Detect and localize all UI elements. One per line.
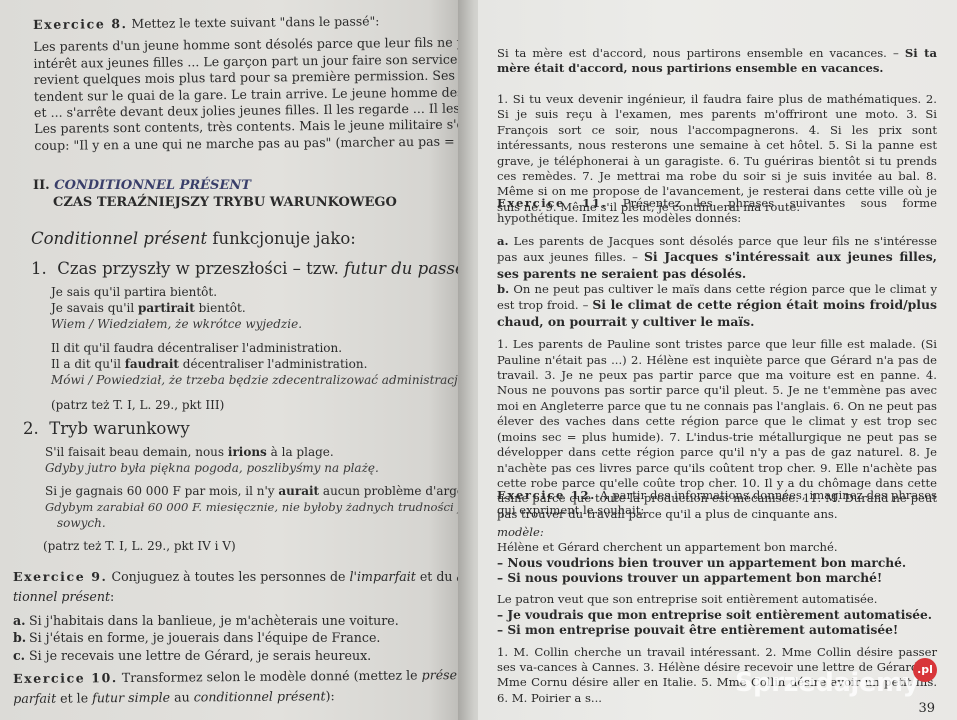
translation-line: Mówi / Powiedział, że trzeba będzie zdec…	[51, 372, 466, 388]
watermark-text: Sprzedajemy	[735, 668, 919, 698]
reference-note: (patrz też T. I, L. 29., pkt IV i V)	[43, 538, 466, 554]
instruction-italic: conditionnel présent	[194, 689, 326, 705]
model-text: Le patron veut que son entreprise soit e…	[497, 592, 937, 607]
example-text: Il a dit qu'il	[51, 357, 125, 371]
instruction-italic: tionnel présent	[13, 589, 110, 604]
point-2-number: 2.	[23, 419, 39, 438]
item-text: Si j'habitais dans la banlieue, je m'ach…	[29, 612, 399, 629]
example-text: Je savais qu'il	[51, 301, 138, 315]
exercise-8: Exercice 8. Mettez le texte suivant "dan…	[33, 11, 464, 154]
item-label: b.	[13, 629, 29, 646]
instruction-text: Transformez selon le modèle donné (mette…	[122, 667, 422, 685]
example-line: Je sais qu'il partira bientôt.	[51, 284, 466, 300]
exercise-9-item-b: b.Si j'étais en forme, je jouerais dans …	[13, 629, 463, 646]
instruction-text: et le	[56, 691, 92, 706]
exercise-8-line: coup: "Il y en a une qui ne marche pas a…	[34, 133, 464, 154]
example-text: Si je gagnais 60 000 F par mois, il n'y	[45, 484, 278, 498]
intro-line: Conditionnel présent funkcjonuje jako:	[31, 228, 356, 250]
exercise-9-title: Exercice 9.	[13, 569, 107, 584]
exercise-10-title: Exercice 10.	[13, 670, 118, 686]
instruction-text: et du	[416, 569, 457, 584]
example-text: S'il faisait beau demain, nous	[45, 445, 228, 459]
point-1-title: Czas przyszły w przeszłości – tzw.	[57, 259, 344, 278]
translation-line: Wiem / Wiedziałem, że wkrótce wyjedzie.	[51, 316, 466, 332]
intro-italic: Conditionnel présent	[31, 229, 207, 248]
reference-note: (patrz też T. I, L. 29., pkt III)	[51, 397, 466, 413]
exercise-9-item-c: c.Si je recevais une lettre de Gérard, j…	[13, 647, 463, 664]
exercise-8-title: Exercice 8.	[33, 16, 128, 32]
model-label: modèle:	[497, 525, 937, 540]
model-text: Si ta mère est d'accord, nous partirons …	[497, 46, 905, 60]
instruction-text: ):	[325, 689, 334, 704]
model-answer: – Je voudrais que mon entreprise soit en…	[497, 608, 937, 623]
point-1-number: 1.	[31, 259, 47, 278]
example-line: Il dit qu'il faudra décentraliser l'admi…	[51, 340, 466, 356]
example-bold: irions	[228, 445, 267, 459]
exercise-9-item-a: a.Si j'habitais dans la banlieue, je m'a…	[13, 612, 463, 629]
instruction-italic: l'imparfait	[350, 569, 416, 584]
example-bold: partirait	[138, 301, 195, 315]
example-text: décentraliser l'administration.	[179, 357, 367, 371]
exercise-8-instruction: Mettez le texte suivant "dans le passé":	[131, 13, 379, 31]
model-label: b.	[497, 282, 509, 296]
model-answer: – Nous voudrions bien trouver un apparte…	[497, 556, 937, 571]
section-title-pl: CZAS TERAŹNIEJSZY TRYBU WARUNKOWEGO	[53, 195, 397, 210]
model-text: Hélène et Gérard cherchent un appartemen…	[497, 540, 937, 555]
exercise-10-intro: Exercice 10. Transformez selon le modèle…	[13, 666, 463, 708]
translation-line: sowych.	[57, 515, 466, 531]
model-label: a.	[497, 234, 509, 248]
point-2-title: Tryb warunkowy	[49, 419, 190, 438]
exercise-9: Exercice 9. Conjuguez à toutes les perso…	[13, 568, 463, 664]
exercise-11-title: Exercice 11.	[497, 196, 607, 210]
translation-line: Gdyby jutro była piękna pogoda, poszliby…	[45, 460, 466, 476]
instruction-text: :	[110, 589, 114, 604]
intro-rest: funkcjonuje jako:	[207, 229, 356, 248]
example-bold: faudrait	[125, 357, 179, 371]
left-page: Exercice 8. Mettez le texte suivant "dan…	[0, 0, 466, 720]
item-text: Si j'étais en forme, je jouerais dans l'…	[29, 629, 380, 646]
instruction-italic: futur simple	[92, 690, 170, 706]
instruction-text: Conjuguez à toutes les personnes de	[111, 569, 349, 584]
watermark-badge: .pl	[913, 658, 937, 682]
page-number: 39	[918, 701, 935, 716]
point-1: 1. Czas przyszły w przeszłości – tzw. fu…	[31, 258, 466, 413]
exercise-11: Exercice 11. Présentez les phrases suiva…	[497, 196, 937, 522]
model-answer: – Si nous pouvions trouver un appartemen…	[497, 571, 937, 586]
example-text: bientôt.	[195, 301, 246, 315]
exercise-12-title: Exercice 12.	[497, 488, 596, 502]
instruction-italic: parfait	[13, 691, 56, 706]
point-1-title-italic: futur du passé	[344, 259, 465, 278]
instruction-text: au	[170, 690, 194, 705]
example-text: aucun problème d'argent.	[319, 484, 466, 498]
example-text: à la plage.	[267, 445, 334, 459]
point-2: 2. Tryb warunkowy S'il faisait beau dema…	[23, 418, 466, 554]
translation-line: Gdybym zarabiał 60 000 F. miesięcznie, n…	[45, 499, 466, 515]
section-numeral: II.	[33, 178, 50, 193]
example-bold: aurait	[278, 484, 319, 498]
item-label: c.	[13, 647, 29, 664]
item-text: Si je recevais une lettre de Gérard, je …	[29, 647, 371, 664]
exercise-10-model: Si ta mère est d'accord, nous partirons …	[497, 46, 937, 77]
item-label: a.	[13, 612, 29, 629]
section-heading: II. CONDITIONNEL PRÉSENT CZAS TERAŹNIEJS…	[33, 178, 397, 210]
section-title-fr: CONDITIONNEL PRÉSENT	[54, 178, 251, 193]
right-page: Si ta mère est d'accord, nous partirons …	[478, 0, 957, 720]
model-answer: – Si mon entreprise pouvait être entière…	[497, 623, 937, 638]
